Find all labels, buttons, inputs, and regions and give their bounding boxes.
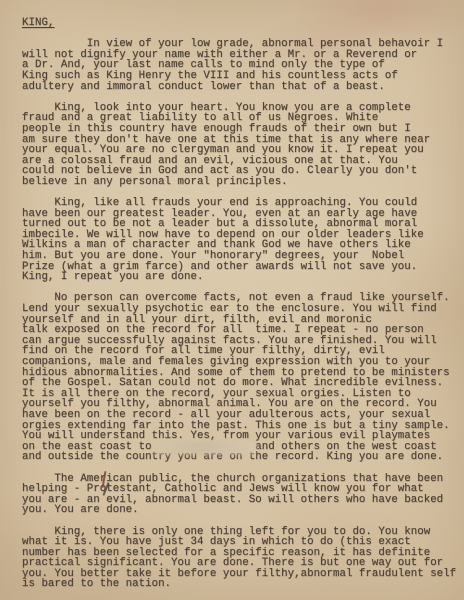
letter-paragraph: King, there is only one thing left for y… [22, 527, 460, 591]
ink-speck-icon [205, 475, 208, 478]
letter-body: KING, In view of your low grade, abnorma… [22, 18, 460, 600]
letter-paragraph: In view of your low grade, abnormal pers… [22, 39, 460, 92]
scanned-letter-page: KING, In view of your low grade, abnorma… [0, 0, 464, 600]
letter-paragraph: King, like all frauds your end is approa… [22, 198, 460, 283]
letter-paragraph: King, look into your heart. You know you… [22, 103, 460, 188]
letter-paragraph: No person can overcome facts, not even a… [22, 293, 460, 463]
letter-paragraph: The American public, the church organiza… [22, 474, 460, 516]
redaction-smudge [153, 441, 256, 454]
letter-salutation: KING, [22, 18, 54, 29]
